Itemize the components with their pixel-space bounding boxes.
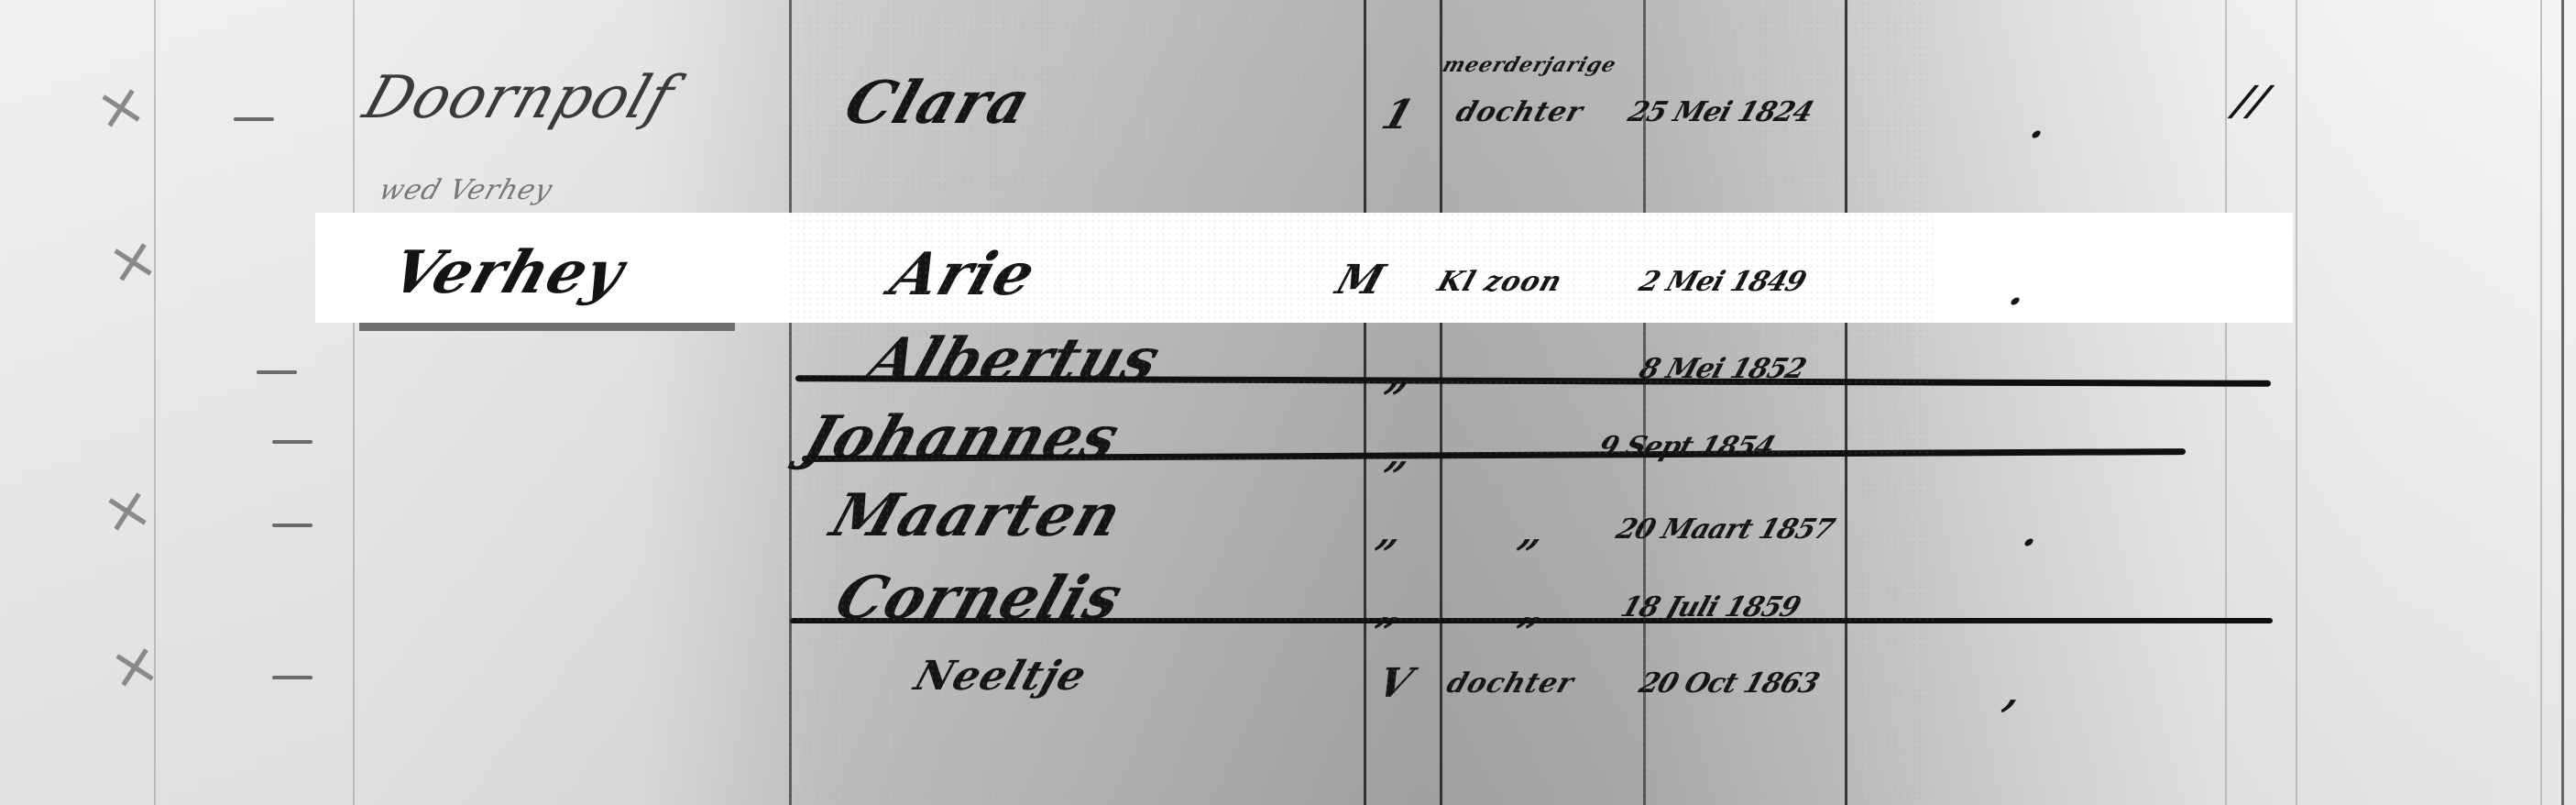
column-rule <box>353 0 355 805</box>
row-mark: , <box>2000 669 2030 716</box>
right-margin-mark: // <box>2229 78 2275 125</box>
margin-dash-mark <box>234 117 274 121</box>
column-rule <box>2561 0 2564 805</box>
margin-x-mark: × <box>104 628 166 705</box>
margin-x-mark: × <box>90 69 152 146</box>
margin-x-mark: × <box>96 472 159 549</box>
paper-texture <box>788 0 1934 805</box>
margin-dash-mark <box>257 370 297 374</box>
row-mark: . <box>2025 101 2055 148</box>
highlighted-surname: Verhey <box>383 238 633 307</box>
margin-dash-mark <box>272 440 312 444</box>
register-page: × × × × Doornpolf wed Verhey Clara 1 mee… <box>0 0 2576 805</box>
column-rule <box>2225 0 2227 805</box>
margin-dash-mark <box>272 676 312 679</box>
highlight-underline <box>359 323 735 331</box>
surname: Doornpolf <box>356 64 683 132</box>
surname-annotation: wed Verhey <box>375 174 557 206</box>
row-mark: . <box>2018 509 2048 556</box>
margin-dash-mark <box>272 524 312 527</box>
column-rule <box>2540 0 2542 805</box>
column-rule <box>2296 0 2297 805</box>
